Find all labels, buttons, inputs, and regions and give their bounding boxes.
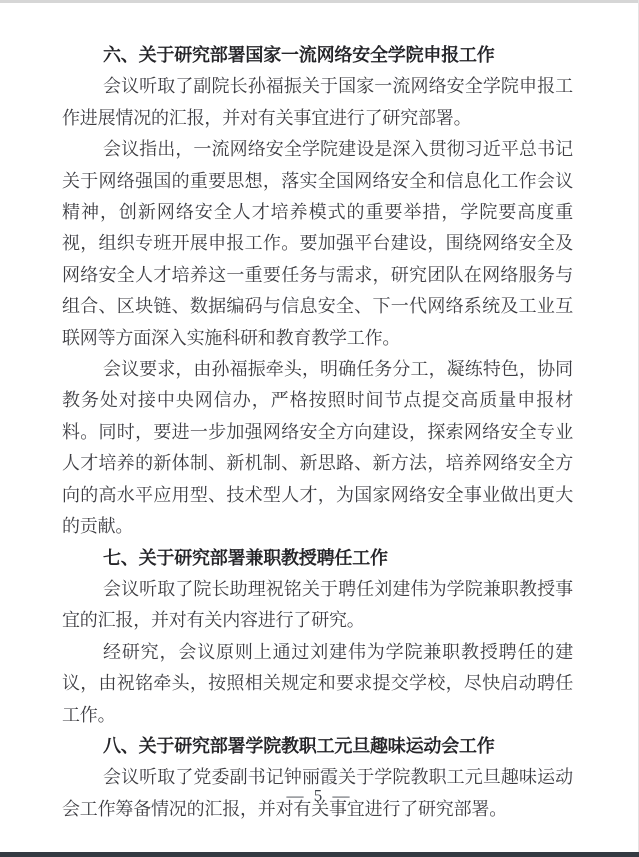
section-7: 七、关于研究部署兼职教授聘任工作 会议听取了院长助理祝铭关于聘任刘建伟为学院兼职… [62,543,573,731]
document-page: 六、关于研究部署国家一流网络安全学院申报工作 会议听取了副院长孙福振关于国家一流… [0,0,639,857]
page-top-edge [0,0,639,3]
section-6: 六、关于研究部署国家一流网络安全学院申报工作 会议听取了副院长孙福振关于国家一流… [62,40,573,543]
section-6-paragraph-2: 会议指出，一流网络安全学院建设是深入贯彻习近平总书记关于网络强国的重要思想，落实… [62,134,573,354]
page-number: — 5 — [0,786,639,806]
section-7-paragraph-2: 经研究，会议原则上通过刘建伟为学院兼职教授聘任的建议，由祝铭牵头，按照相关规定和… [62,637,573,731]
page-bottom-edge [0,852,639,857]
section-6-heading: 六、关于研究部署国家一流网络安全学院申报工作 [62,40,573,71]
document-content: 六、关于研究部署国家一流网络安全学院申报工作 会议听取了副院长孙福振关于国家一流… [62,40,573,825]
section-8-heading: 八、关于研究部署学院教职工元旦趣味运动会工作 [62,731,573,762]
section-6-paragraph-3: 会议要求，由孙福振牵头，明确任务分工，凝练特色，协同教务处对接中央网信办，严格按… [62,354,573,542]
section-7-paragraph-1: 会议听取了院长助理祝铭关于聘任刘建伟为学院兼职教授事宜的汇报，并对有关内容进行了… [62,574,573,637]
section-6-paragraph-1: 会议听取了副院长孙福振关于国家一流网络安全学院申报工作进展情况的汇报，并对有关事… [62,71,573,134]
section-7-heading: 七、关于研究部署兼职教授聘任工作 [62,543,573,574]
section-8: 八、关于研究部署学院教职工元旦趣味运动会工作 会议听取了党委副书记钟丽霞关于学院… [62,731,573,825]
